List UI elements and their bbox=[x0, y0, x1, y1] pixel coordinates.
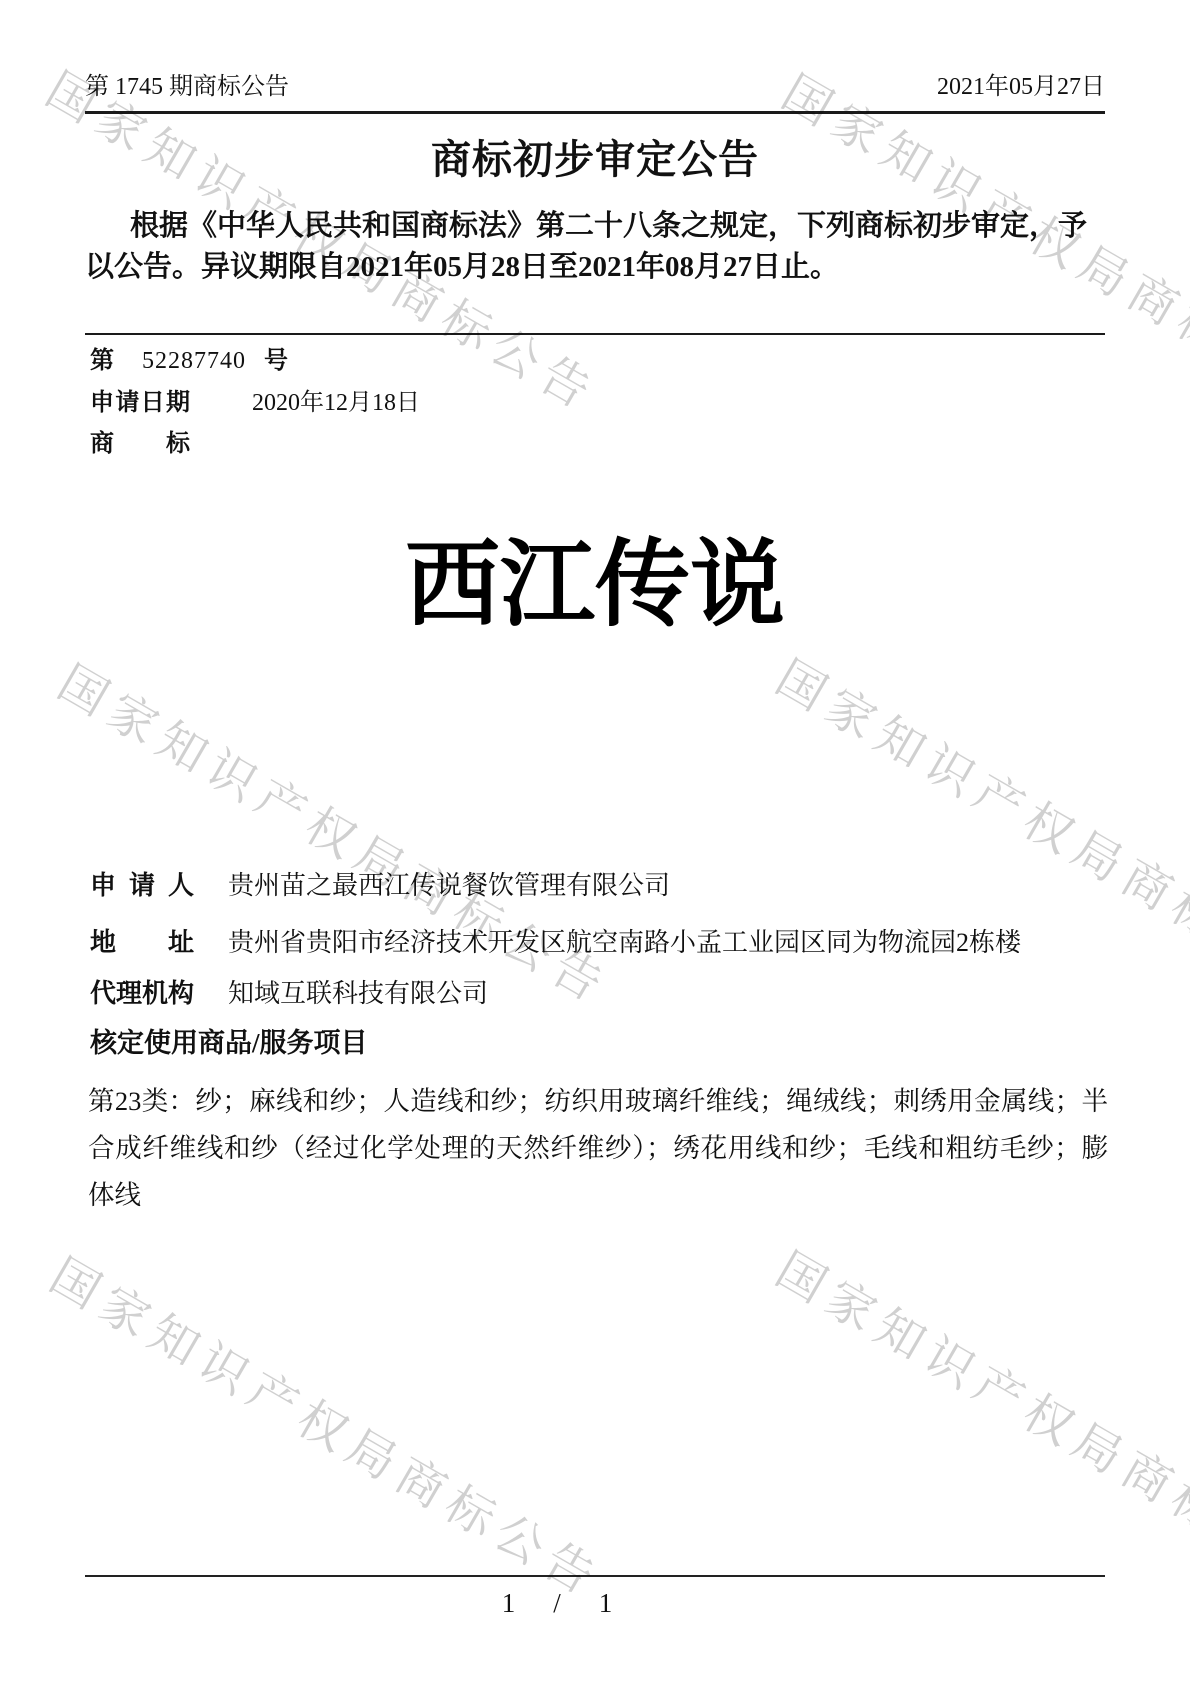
goods-services-text: 第23类：纱；麻线和纱；人造线和纱；纺织用玻璃纤维线；绳绒线；刺绣用金属线；半合… bbox=[88, 1078, 1108, 1219]
gazette-page: 国家知识产权局商标公告 国家知识产权局商标公告 国家知识产权局商标公告 国家知识… bbox=[0, 0, 1190, 1684]
mark-label-row: 商标 bbox=[90, 429, 1105, 459]
mark-label: 商标 bbox=[90, 429, 190, 459]
document-title: 商标初步审定公告 bbox=[85, 134, 1105, 186]
application-number: 52287740 bbox=[142, 348, 246, 374]
header-rule bbox=[85, 111, 1105, 114]
applicant-value: 贵州苗之最西江传说餐饮管理有限公司 bbox=[228, 869, 670, 903]
address-value: 贵州省贵阳市经济技术开发区航空南路小孟工业园区同为物流园2栋楼 bbox=[228, 926, 1021, 960]
page-header: 第 1745 期商标公告 2021年05月27日 bbox=[85, 72, 1105, 102]
intro-line-2: 以公告。异议期限自2021年05月28日至2021年08月27日止。 bbox=[85, 247, 1105, 288]
intro-line-1: 根据《中华人民共和国商标法》第二十八条之规定，下列商标初步审定，予 bbox=[85, 206, 1105, 247]
gazette-date: 2021年05月27日 bbox=[937, 72, 1105, 102]
page-number: 1/1 bbox=[0, 1586, 1114, 1620]
section-rule bbox=[85, 333, 1105, 335]
number-suffix-label: 号 bbox=[264, 348, 288, 374]
agency-value: 知域互联科技有限公司 bbox=[228, 977, 488, 1011]
current-page-number: 1 bbox=[502, 1588, 516, 1618]
page-separator: / bbox=[553, 1588, 561, 1618]
application-date-row: 申请日期2020年12月18日 bbox=[90, 388, 1105, 418]
total-page-number: 1 bbox=[599, 1588, 613, 1618]
address-label: 地址 bbox=[90, 926, 194, 960]
trademark-mark-text: 西江传说 bbox=[0, 528, 1190, 642]
applicant-label: 申请人 bbox=[90, 869, 194, 903]
number-prefix-label: 第 bbox=[90, 348, 114, 374]
agency-row: 代理机构知域互联科技有限公司 bbox=[90, 977, 1105, 1011]
page-content: 第 1745 期商标公告 2021年05月27日 商标初步审定公告 根据《中华人… bbox=[0, 0, 1190, 1684]
application-number-row: 第52287740号 bbox=[90, 346, 1105, 376]
application-date-label: 申请日期 bbox=[90, 388, 190, 418]
application-date-value: 2020年12月18日 bbox=[252, 390, 420, 416]
gazette-issue-label: 第 1745 期商标公告 bbox=[85, 72, 289, 102]
footer-rule bbox=[85, 1575, 1105, 1577]
intro-paragraph: 根据《中华人民共和国商标法》第二十八条之规定，下列商标初步审定，予 以公告。异议… bbox=[85, 206, 1105, 288]
address-row: 地址贵州省贵阳市经济技术开发区航空南路小孟工业园区同为物流园2栋楼 bbox=[90, 926, 1105, 960]
applicant-row: 申请人贵州苗之最西江传说餐饮管理有限公司 bbox=[90, 869, 1105, 903]
agency-label: 代理机构 bbox=[90, 977, 194, 1011]
goods-services-header: 核定使用商品/服务项目 bbox=[90, 1026, 1105, 1060]
